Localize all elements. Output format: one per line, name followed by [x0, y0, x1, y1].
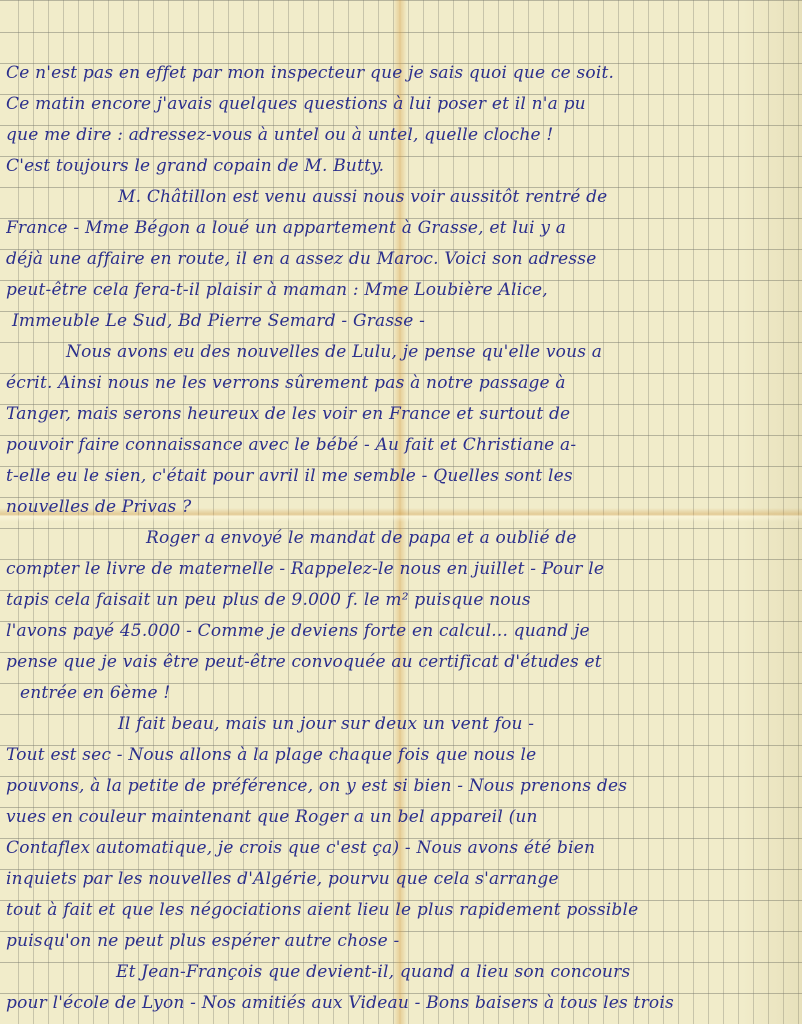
letter-line: M. Châtillon est venu aussi nous voir au… — [6, 182, 796, 213]
letter-line: que me dire : adressez-vous à untel ou à… — [6, 120, 796, 151]
letter-line: Tout est sec - Nous allons à la plage ch… — [6, 740, 796, 771]
letter-line: Roger a envoyé le mandat de papa et a ou… — [6, 523, 796, 554]
letter-line: Ce n'est pas en effet par mon inspecteur… — [6, 58, 796, 89]
letter-line: pense que je vais être peut-être convoqu… — [6, 647, 796, 678]
letter-line: Immeuble Le Sud, Bd Pierre Semard - Gras… — [6, 306, 796, 337]
letter-line: compter le livre de maternelle - Rappele… — [6, 554, 796, 585]
letter-line: l'avons payé 45.000 - Comme je deviens f… — [6, 616, 796, 647]
letter-line: Contaflex automatique, je crois que c'es… — [6, 833, 796, 864]
letter-line: Tanger, mais serons heureux de les voir … — [6, 399, 796, 430]
letter-line: Et Jean-François que devient-il, quand a… — [6, 957, 796, 988]
letter-line: pouvoir faire connaissance avec le bébé … — [6, 430, 796, 461]
letter-line: C'est toujours le grand copain de M. But… — [6, 151, 796, 182]
letter-line: t-elle eu le sien, c'était pour avril il… — [6, 461, 796, 492]
letter-line: pouvons, à la petite de préférence, on y… — [6, 771, 796, 802]
letter-line: Nous avons eu des nouvelles de Lulu, je … — [6, 337, 796, 368]
letter-line: écrit. Ainsi nous ne les verrons sûremen… — [6, 368, 796, 399]
letter-body: Ce n'est pas en effet par mon inspecteur… — [6, 58, 796, 1019]
letter-line: tapis cela faisait un peu plus de 9.000 … — [6, 585, 796, 616]
letter-line: entrée en 6ème ! — [6, 678, 796, 709]
letter-line: tout à fait et que les négociations aien… — [6, 895, 796, 926]
letter-line: Il fait beau, mais un jour sur deux un v… — [6, 709, 796, 740]
letter-line: puisqu'on ne peut plus espérer autre cho… — [6, 926, 796, 957]
letter-line: inquiets par les nouvelles d'Algérie, po… — [6, 864, 796, 895]
letter-line: déjà une affaire en route, il en a assez… — [6, 244, 796, 275]
letter-line: vues en couleur maintenant que Roger a u… — [6, 802, 796, 833]
letter-line: France - Mme Bégon a loué un appartement… — [6, 213, 796, 244]
letter-line: peut-être cela fera-t-il plaisir à maman… — [6, 275, 796, 306]
letter-line: pour l'école de Lyon - Nos amitiés aux V… — [6, 988, 796, 1019]
letter-line: nouvelles de Privas ? — [6, 492, 796, 523]
letter-line: Ce matin encore j'avais quelques questio… — [6, 89, 796, 120]
